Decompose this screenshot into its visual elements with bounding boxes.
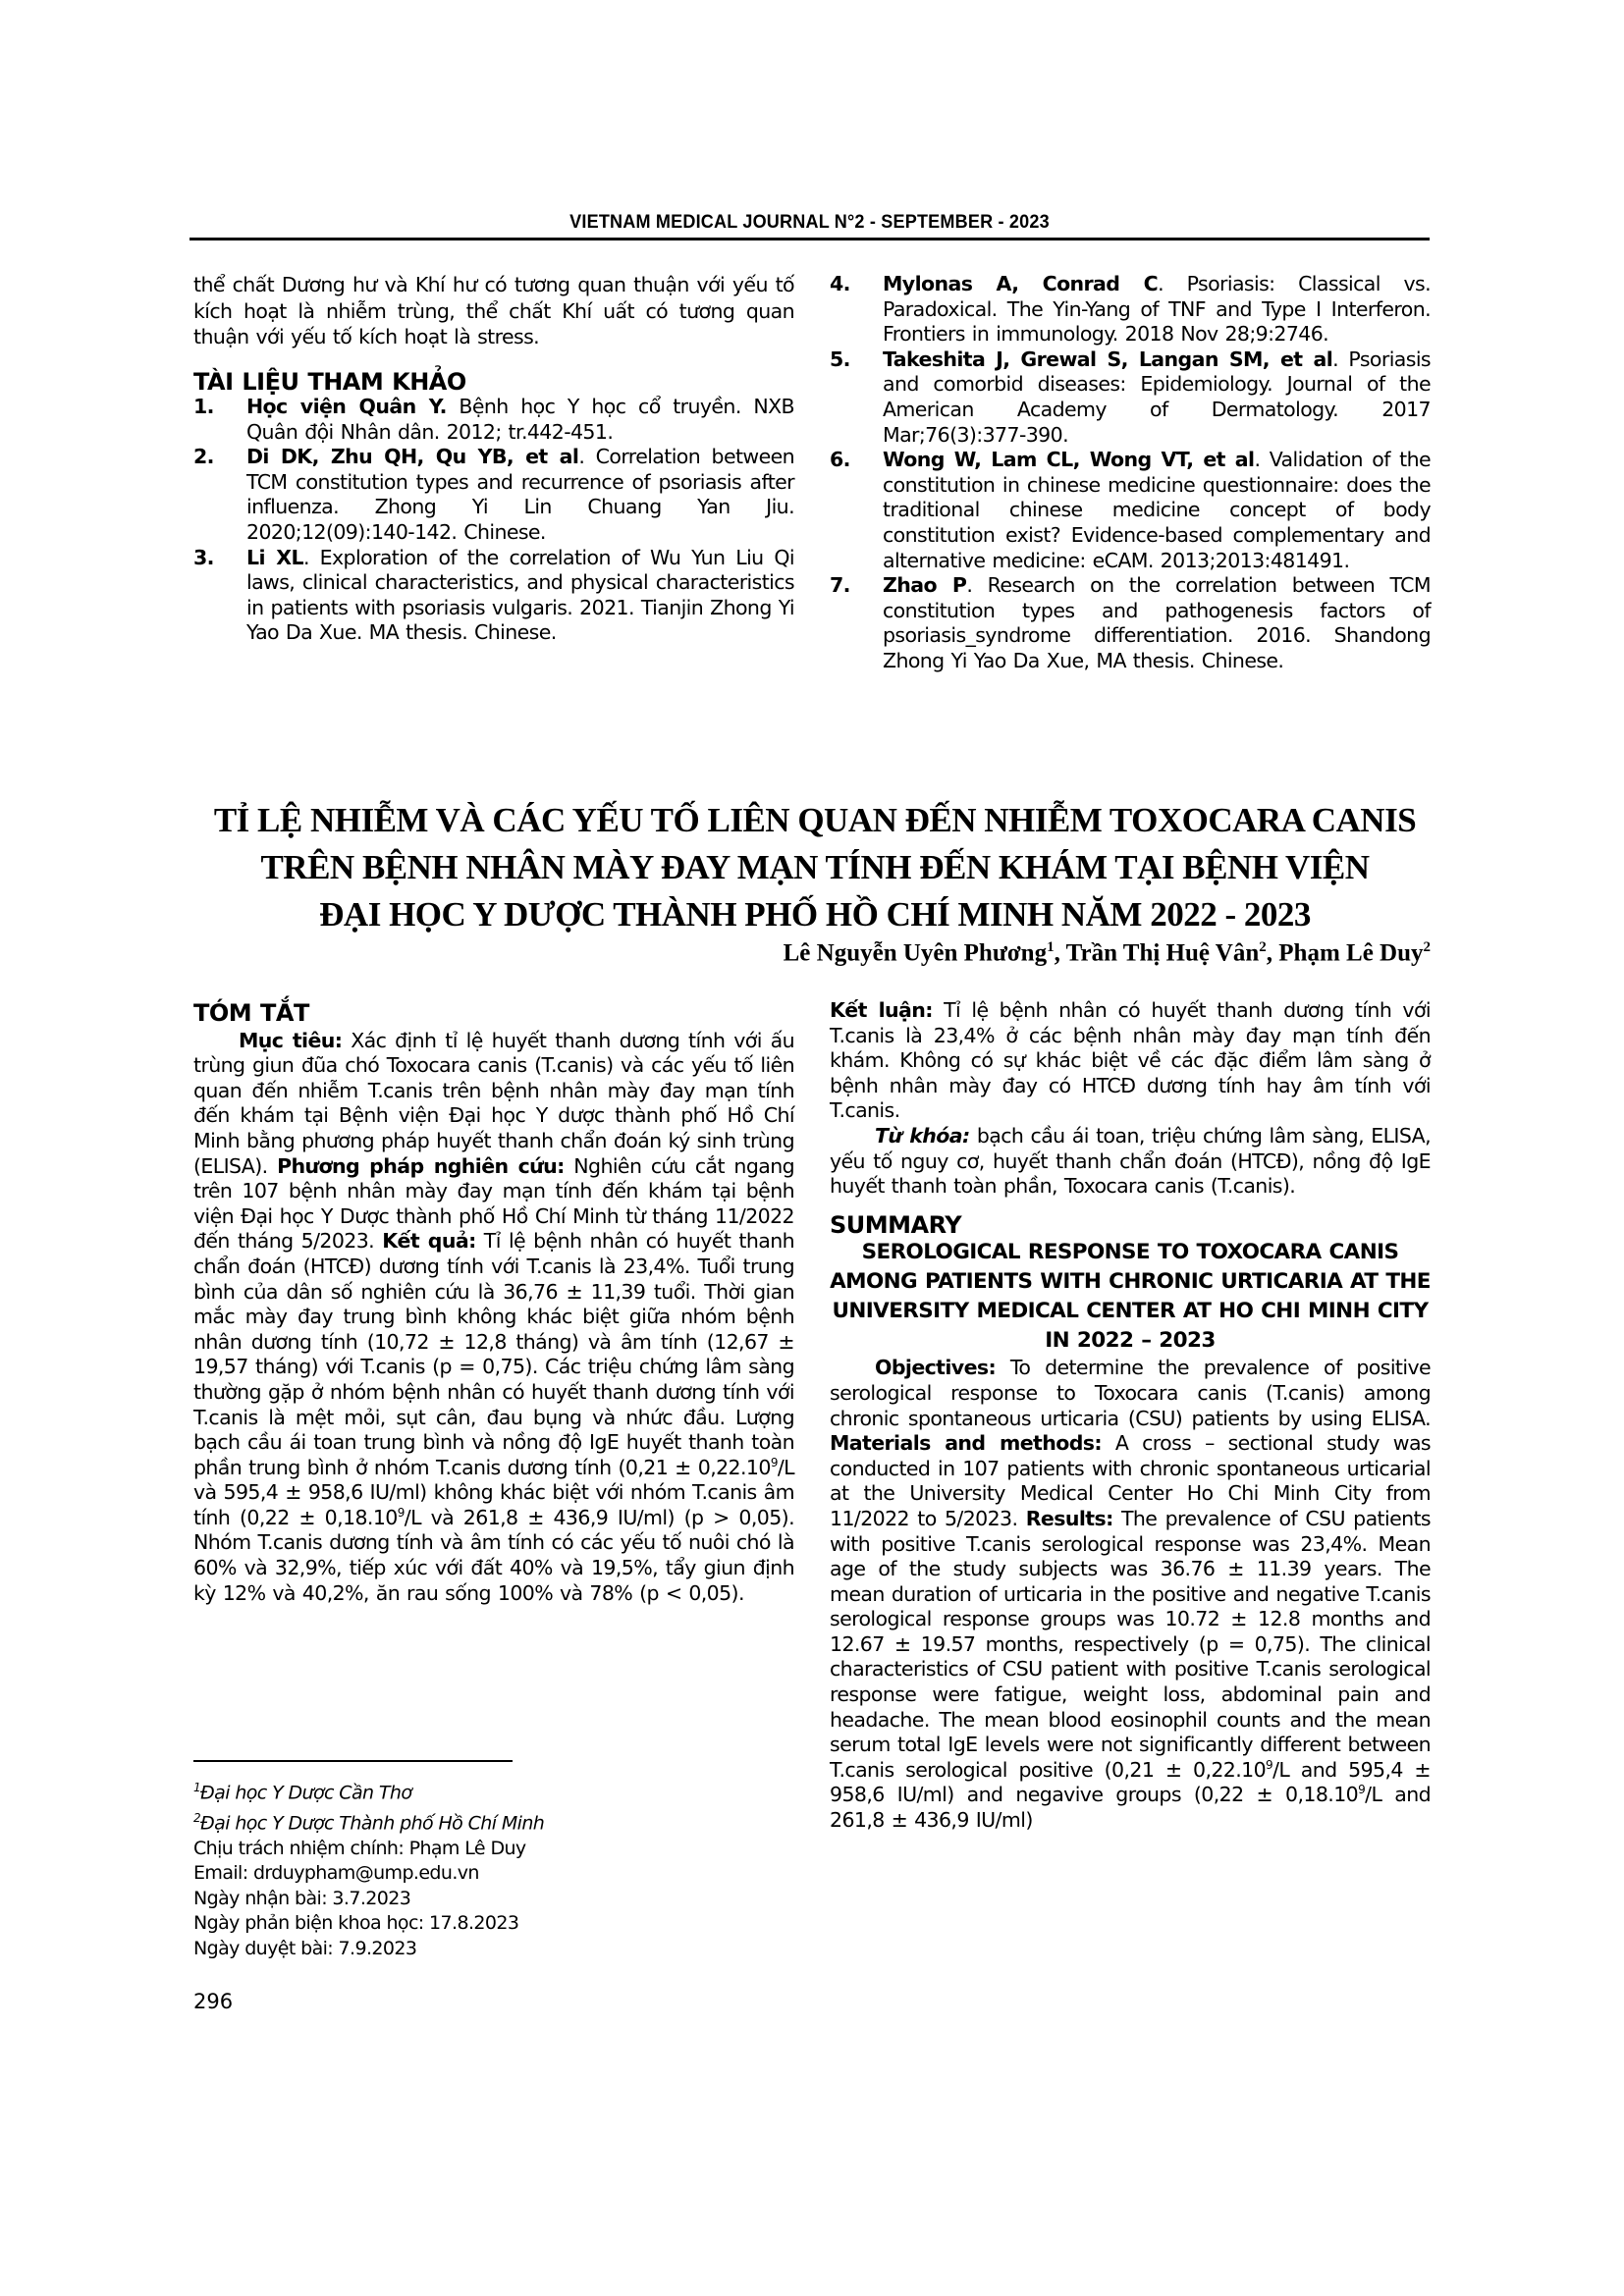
abstract-keywords: Từ khóa: bạch cầu ái toan, triệu chứng l…	[830, 1124, 1431, 1200]
summary-heading: SUMMARY	[830, 1213, 1431, 1239]
reference-authors: Zhao P	[883, 573, 966, 597]
abstract-heading: TÓM TẮT	[193, 1001, 794, 1027]
article-title-line: ĐẠI HỌC Y DƯỢC THÀNH PHỐ HỒ CHÍ MINH NĂM…	[187, 891, 1443, 938]
article-title: TỈ LỆ NHIỄM VÀ CÁC YẾU TỐ LIÊN QUAN ĐẾN …	[187, 797, 1443, 938]
reference-item: 5. Takeshita J, Grewal S, Langan SM, et …	[830, 347, 1431, 448]
article-title-line: TRÊN BỆNH NHÂN MÀY ĐAY MẠN TÍNH ĐẾN KHÁM…	[187, 844, 1443, 891]
article-title-line: TỈ LỆ NHIỄM VÀ CÁC YẾU TỐ LIÊN QUAN ĐẾN …	[187, 797, 1443, 844]
footnotes: 1Đại học Y Dược Cần Thơ 2Đại học Y Dược …	[193, 1776, 794, 1961]
reference-authors: Li XL	[246, 546, 303, 569]
reference-authors: Di DK, Zhu QH, Qu YB, et al	[246, 445, 578, 468]
reference-item: 4. Mylonas A, Conrad C. Psoriasis: Class…	[830, 272, 1431, 347]
reference-item: 7. Zhao P. Research on the correlation b…	[830, 573, 1431, 673]
affiliation-marker: 1	[1047, 939, 1055, 955]
author-name: Trần Thị Huệ Vân	[1066, 939, 1260, 966]
accepted-date: Ngày duyệt bài: 7.9.2023	[193, 1937, 794, 1962]
affiliation-marker: 2	[1424, 939, 1432, 955]
abstract-continued-and-summary: Kết luận: Tỉ lệ bệnh nhân có huyết thanh…	[830, 998, 1431, 1834]
received-date: Ngày nhận bài: 3.7.2023	[193, 1887, 794, 1912]
reference-authors: Wong W, Lam CL, Wong VT, et al	[883, 448, 1254, 471]
affiliation-footnote: 1Đại học Y Dược Cần Thơ	[193, 1776, 794, 1806]
running-header: VIETNAM MEDICAL JOURNAL N°2 - SEPTEMBER …	[221, 212, 1399, 234]
page-number: 296	[193, 1990, 233, 2013]
conclusion-tail: thể chất Dương hư và Khí hư có tương qua…	[193, 272, 794, 350]
abstract-conclusion: Kết luận: Tỉ lệ bệnh nhân có huyết thanh…	[830, 998, 1431, 1124]
reference-authors: Học viện Quân Y.	[246, 395, 447, 418]
reference-item: 3. Li XL. Exploration of the correlation…	[193, 546, 794, 646]
corresponding-email[interactable]: Email: drduypham@ump.edu.vn	[193, 1861, 794, 1887]
abstract-vietnamese: TÓM TẮT Mục tiêu: Xác định tỉ lệ huyết t…	[193, 1001, 794, 1606]
previous-article-right-column: 4. Mylonas A, Conrad C. Psoriasis: Class…	[830, 272, 1431, 674]
summary-body: Objectives: To determine the prevalence …	[830, 1356, 1431, 1833]
reference-authors: Takeshita J, Grewal S, Langan SM, et al	[883, 347, 1332, 371]
corresponding-author: Chịu trách nhiệm chính: Phạm Lê Duy	[193, 1837, 794, 1862]
footnote-rule	[193, 1760, 513, 1762]
author-name: Lê Nguyễn Uyên Phương	[784, 939, 1047, 966]
reference-item: 1. Học viện Quân Y. Bệnh học Y học cổ tr…	[193, 395, 794, 445]
journal-page: VIETNAM MEDICAL JOURNAL N°2 - SEPTEMBER …	[0, 0, 1624, 2296]
reference-authors: Mylonas A, Conrad C	[883, 272, 1158, 295]
reviewed-date: Ngày phản biện khoa học: 17.8.2023	[193, 1911, 794, 1937]
references-heading: TÀI LIỆU THAM KHẢO	[193, 370, 794, 396]
author-name: Phạm Lê Duy	[1278, 939, 1423, 966]
author-list: Lê Nguyễn Uyên Phương1, Trần Thị Huệ Vân…	[784, 939, 1431, 967]
summary-title: SEROLOGICAL RESPONSE TO TOXOCARA CANIS A…	[830, 1238, 1431, 1356]
affiliation-footnote: 2Đại học Y Dược Thành phố Hồ Chí Minh	[193, 1806, 794, 1837]
header-rule	[189, 238, 1430, 240]
affiliation-marker: 2	[1259, 939, 1267, 955]
reference-item: 6. Wong W, Lam CL, Wong VT, et al. Valid…	[830, 448, 1431, 573]
previous-article-left-column: thể chất Dương hư và Khí hư có tương qua…	[193, 272, 794, 646]
abstract-body: Mục tiêu: Xác định tỉ lệ huyết thanh dươ…	[193, 1029, 794, 1607]
reference-item: 2. Di DK, Zhu QH, Qu YB, et al. Correlat…	[193, 445, 794, 545]
